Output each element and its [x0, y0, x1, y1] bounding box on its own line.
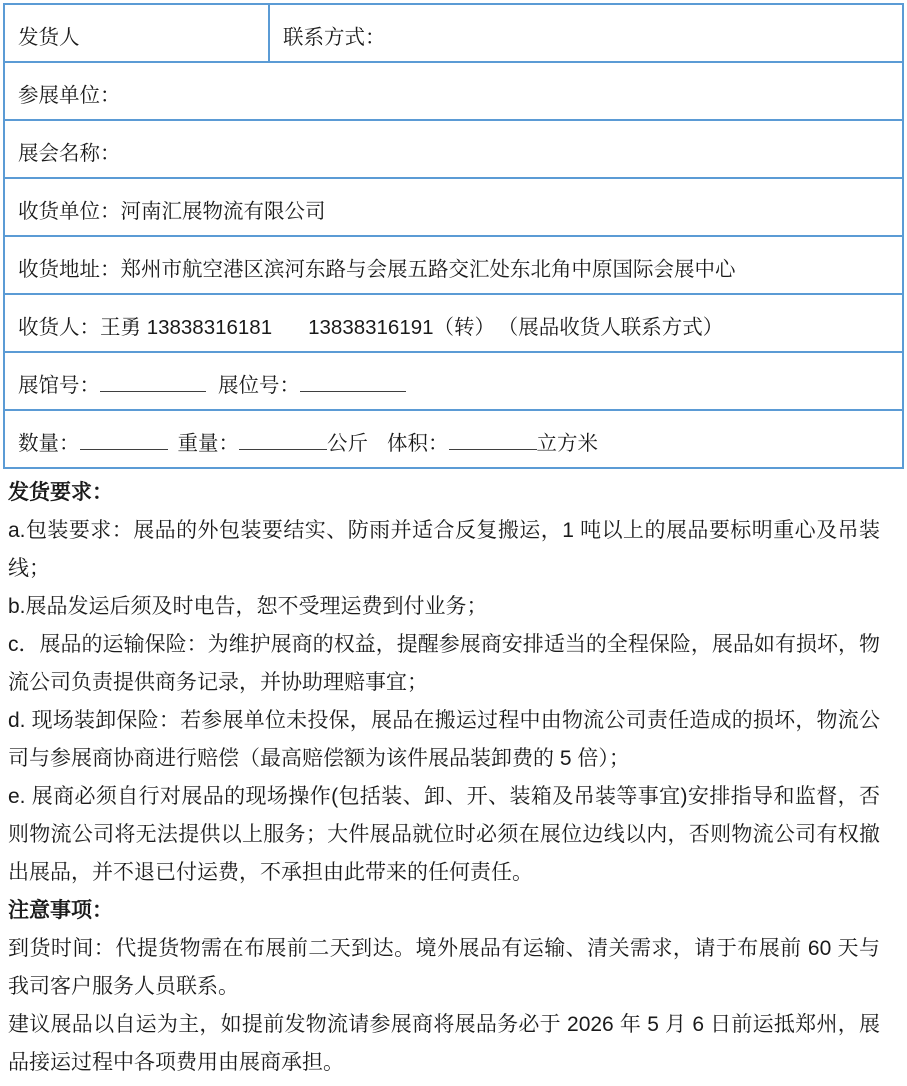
quantity-label: 数量： — [18, 432, 80, 455]
requirement-item-c: c．展品的运输保险：为维护展商的权益，提醒参展商安排适当的全程保险，展品如有损坏… — [8, 626, 880, 702]
consignment-info-table: 发货人 联系方式： 参展单位： 展会名称： 收货单位：河南汇展物流有限公司 收货… — [3, 3, 904, 469]
requirement-item-d: d. 现场装卸保险：若参展单位未投保，展品在搬运过程中由物流公司责任造成的损坏，… — [8, 702, 880, 778]
table-row-consignee: 收货人：王勇 1383831618113838316191（转）（展品收货人联系… — [4, 294, 903, 352]
table-row-consignee-unit: 收货单位：河南汇展物流有限公司 — [4, 178, 903, 236]
exhibitor-cell: 参展单位： — [4, 62, 903, 120]
consignee-unit-text: 收货单位：河南汇展物流有限公司 — [18, 200, 326, 223]
notes-heading: 注意事项： — [8, 892, 880, 930]
table-row-address: 收货地址：郑州市航空港区滨河东路与会展五路交汇处东北角中原国际会展中心 — [4, 236, 903, 294]
exhibition-cell: 展会名称： — [4, 120, 903, 178]
shipper-label: 发货人 — [18, 26, 80, 49]
shipping-requirements-heading: 发货要求： — [8, 474, 880, 512]
document-body: 发货要求： a.包装要求：展品的外包装要结实、防雨并适合反复搬运，1 吨以上的展… — [0, 469, 907, 1082]
table-row-qty-weight-volume: 数量：重量：公斤体积：立方米 — [4, 410, 903, 468]
table-row-exhibitor: 参展单位： — [4, 62, 903, 120]
table-row-hall-booth: 展馆号：展位号： — [4, 352, 903, 410]
requirement-item-e: e. 展商必须自行对展品的现场操作(包括装、卸、开、装箱及吊装等事宜)安排指导和… — [8, 778, 880, 892]
exhibition-label: 展会名称： — [18, 142, 121, 165]
consignee-name-phone: 收货人：王勇 13838316181 — [18, 316, 272, 339]
address-cell: 收货地址：郑州市航空港区滨河东路与会展五路交汇处东北角中原国际会展中心 — [4, 236, 903, 294]
weight-blank — [239, 431, 327, 450]
note-item-selfship: 建议展品以自运为主，如提前发物流请参展商将展品务必于 2026 年 5 月 6 … — [8, 1006, 880, 1082]
logistics-form-document: 发货人 联系方式： 参展单位： 展会名称： 收货单位：河南汇展物流有限公司 收货… — [0, 0, 907, 1086]
requirement-item-b: b.展品发运后须及时电告，恕不受理运费到付业务； — [8, 588, 880, 626]
contact-label: 联系方式： — [283, 26, 386, 49]
cbm-unit-label: 立方米 — [537, 432, 599, 455]
requirement-item-a: a.包装要求：展品的外包装要结实、防雨并适合反复搬运，1 吨以上的展品要标明重心… — [8, 512, 880, 588]
hall-number-blank — [100, 373, 206, 392]
consignee-cell: 收货人：王勇 1383831618113838316191（转）（展品收货人联系… — [4, 294, 903, 352]
qty-weight-volume-cell: 数量：重量：公斤体积：立方米 — [4, 410, 903, 468]
shipper-cell: 发货人 — [4, 4, 269, 62]
volume-blank — [449, 431, 537, 450]
booth-number-blank — [300, 373, 406, 392]
exhibitor-label: 参展单位： — [18, 84, 121, 107]
booth-number-label: 展位号： — [218, 374, 300, 397]
weight-label: 重量： — [178, 432, 240, 455]
hall-number-label: 展馆号： — [18, 374, 100, 397]
kg-unit-label: 公斤 — [327, 432, 368, 455]
consignee-note: （展品收货人联系方式） — [508, 316, 723, 339]
volume-label: 体积： — [387, 432, 449, 455]
hall-booth-cell: 展馆号：展位号： — [4, 352, 903, 410]
quantity-blank — [80, 431, 168, 450]
note-item-arrival: 到货时间：代提货物需在布展前二天到达。境外展品有运输、清关需求，请于布展前 60… — [8, 930, 880, 1006]
table-row-exhibition: 展会名称： — [4, 120, 903, 178]
address-text: 收货地址：郑州市航空港区滨河东路与会展五路交汇处东北角中原国际会展中心 — [18, 258, 736, 281]
contact-cell: 联系方式： — [269, 4, 903, 62]
consignee-unit-cell: 收货单位：河南汇展物流有限公司 — [4, 178, 903, 236]
table-row-shipper: 发货人 联系方式： — [4, 4, 903, 62]
consignee-phone2: 13838316191（转） — [308, 316, 495, 339]
